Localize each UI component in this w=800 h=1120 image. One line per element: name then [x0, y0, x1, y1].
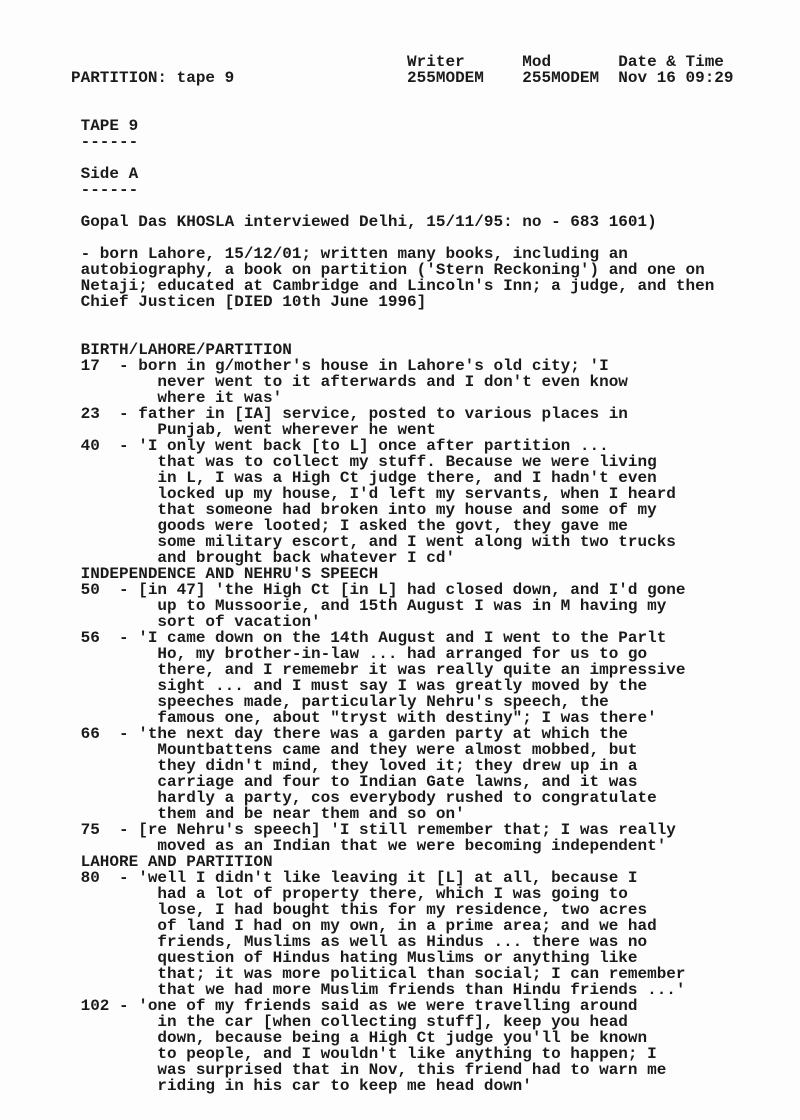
text-line: goods were looted; I asked the govt, the… [71, 518, 734, 534]
text-line: INDEPENDENCE AND NEHRU'S SPEECH [71, 566, 734, 582]
text-line: - born Lahore, 15/12/01; written many bo… [71, 246, 734, 262]
text-line: in L, I was a High Ct judge there, and I… [71, 470, 734, 486]
text-line: Punjab, went wherever he went [71, 422, 734, 438]
text-line: carriage and four to Indian Gate lawns, … [71, 774, 734, 790]
text-line: to people, and I wouldn't like anything … [71, 1046, 734, 1062]
text-line: down, because being a High Ct judge you'… [71, 1030, 734, 1046]
text-line [71, 230, 734, 246]
text-line: sight ... and I must say I was greatly m… [71, 678, 734, 694]
text-line: was surprised that in Nov, this friend h… [71, 1062, 734, 1078]
text-line: they didn't mind, they loved it; they dr… [71, 758, 734, 774]
text-line: 80 - 'well I didn't like leaving it [L] … [71, 870, 734, 886]
text-line: some military escort, and I went along w… [71, 534, 734, 550]
text-line: up to Mussoorie, and 15th August I was i… [71, 598, 734, 614]
text-line: Chief Justicen [DIED 10th June 1996] [71, 294, 734, 310]
text-line: Side A [71, 166, 734, 182]
text-line: Writer Mod Date & Time [71, 54, 734, 70]
text-line: 23 - father in [IA] service, posted to v… [71, 406, 734, 422]
text-line: BIRTH/LAHORE/PARTITION [71, 342, 734, 358]
text-line: them and be near them and so on' [71, 806, 734, 822]
text-line: Mountbattens came and they were almost m… [71, 742, 734, 758]
text-line: Netaji; educated at Cambridge and Lincol… [71, 278, 734, 294]
text-line: TAPE 9 [71, 118, 734, 134]
text-line: 66 - 'the next day there was a garden pa… [71, 726, 734, 742]
text-line: 75 - [re Nehru's speech] 'I still rememb… [71, 822, 734, 838]
text-line: famous one, about "tryst with destiny"; … [71, 710, 734, 726]
text-line: in the car [when collecting stuff], keep… [71, 1014, 734, 1030]
text-line [71, 198, 734, 214]
text-line: LAHORE AND PARTITION [71, 854, 734, 870]
text-line [71, 326, 734, 342]
text-line: 56 - 'I came down on the 14th August and… [71, 630, 734, 646]
text-line: hardly a party, cos everybody rushed to … [71, 790, 734, 806]
text-line: speeches made, particularly Nehru's spee… [71, 694, 734, 710]
text-line: of land I had on my own, in a prime area… [71, 918, 734, 934]
text-line: 17 - born in g/mother's house in Lahore'… [71, 358, 734, 374]
text-line: that was to collect my stuff. Because we… [71, 454, 734, 470]
text-line: sort of vacation' [71, 614, 734, 630]
text-line: 40 - 'I only went back [to L] once after… [71, 438, 734, 454]
text-line: that; it was more political than social;… [71, 966, 734, 982]
text-line: ------ [71, 134, 734, 150]
document-page: Writer Mod Date & TimePARTITION: tape 9 … [0, 0, 800, 1120]
text-line [71, 86, 734, 102]
text-line: Ho, my brother-in-law ... had arranged f… [71, 646, 734, 662]
text-line: where it was' [71, 390, 734, 406]
text-line: autobiography, a book on partition ('Ste… [71, 262, 734, 278]
text-line: 102 - 'one of my friends said as we were… [71, 998, 734, 1014]
text-line: riding in his car to keep me head down' [71, 1078, 734, 1094]
text-line: moved as an Indian that we were becoming… [71, 838, 734, 854]
text-line: 50 - [in 47] 'the High Ct [in L] had clo… [71, 582, 734, 598]
text-line: lose, I had bought this for my residence… [71, 902, 734, 918]
text-line: locked up my house, I'd left my servants… [71, 486, 734, 502]
text-line: that someone had broken into my house an… [71, 502, 734, 518]
text-line: there, and I rememebr it was really quit… [71, 662, 734, 678]
typescript-text: Writer Mod Date & TimePARTITION: tape 9 … [71, 54, 734, 1094]
text-line: Gopal Das KHOSLA interviewed Delhi, 15/1… [71, 214, 734, 230]
text-line: that we had more Muslim friends than Hin… [71, 982, 734, 998]
text-line [71, 150, 734, 166]
text-line: ------ [71, 182, 734, 198]
text-line: PARTITION: tape 9 255MODEM 255MODEM Nov … [71, 70, 734, 86]
text-line: and brought back whatever I cd' [71, 550, 734, 566]
text-line [71, 102, 734, 118]
text-line [71, 310, 734, 326]
text-line: friends, Muslims as well as Hindus ... t… [71, 934, 734, 950]
text-line: had a lot of property there, which I was… [71, 886, 734, 902]
text-line: question of Hindus hating Muslims or any… [71, 950, 734, 966]
text-line: never went to it afterwards and I don't … [71, 374, 734, 390]
